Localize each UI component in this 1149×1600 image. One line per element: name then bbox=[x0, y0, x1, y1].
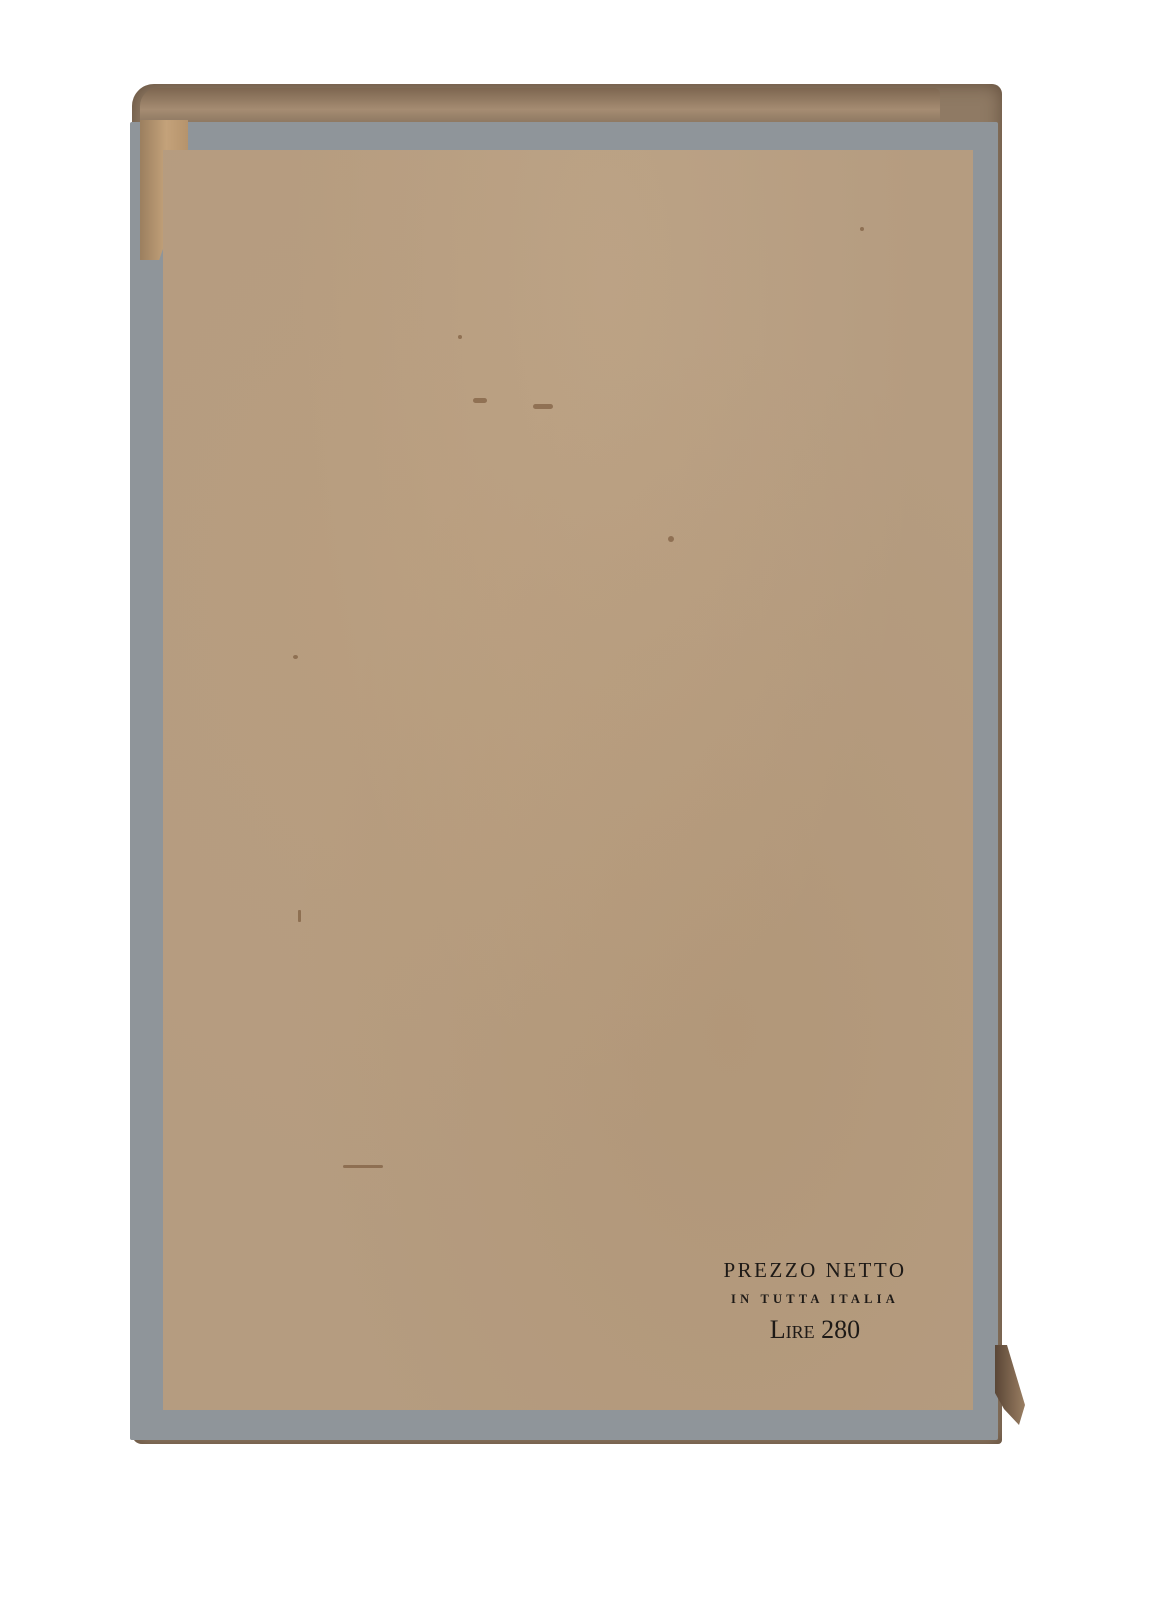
price-region: IN TUTTA ITALIA bbox=[700, 1286, 930, 1312]
foxing-spot bbox=[298, 910, 301, 922]
foxing-spot bbox=[668, 536, 674, 542]
foxing-spot bbox=[343, 1165, 383, 1168]
back-cover-paper bbox=[163, 150, 973, 1410]
price-label: PREZZO NETTO bbox=[700, 1256, 930, 1284]
foxing-spot bbox=[458, 335, 462, 339]
price-amount: Lire 280 bbox=[700, 1314, 930, 1346]
foxing-spot bbox=[860, 227, 864, 231]
foxing-spot bbox=[533, 404, 553, 409]
price-notice: PREZZO NETTO IN TUTTA ITALIA Lire 280 bbox=[700, 1256, 930, 1346]
worn-top-edge bbox=[140, 88, 940, 124]
foxing-spot bbox=[293, 655, 298, 659]
scan-canvas: PREZZO NETTO IN TUTTA ITALIA Lire 280 bbox=[0, 0, 1149, 1600]
foxing-spot bbox=[473, 398, 487, 403]
